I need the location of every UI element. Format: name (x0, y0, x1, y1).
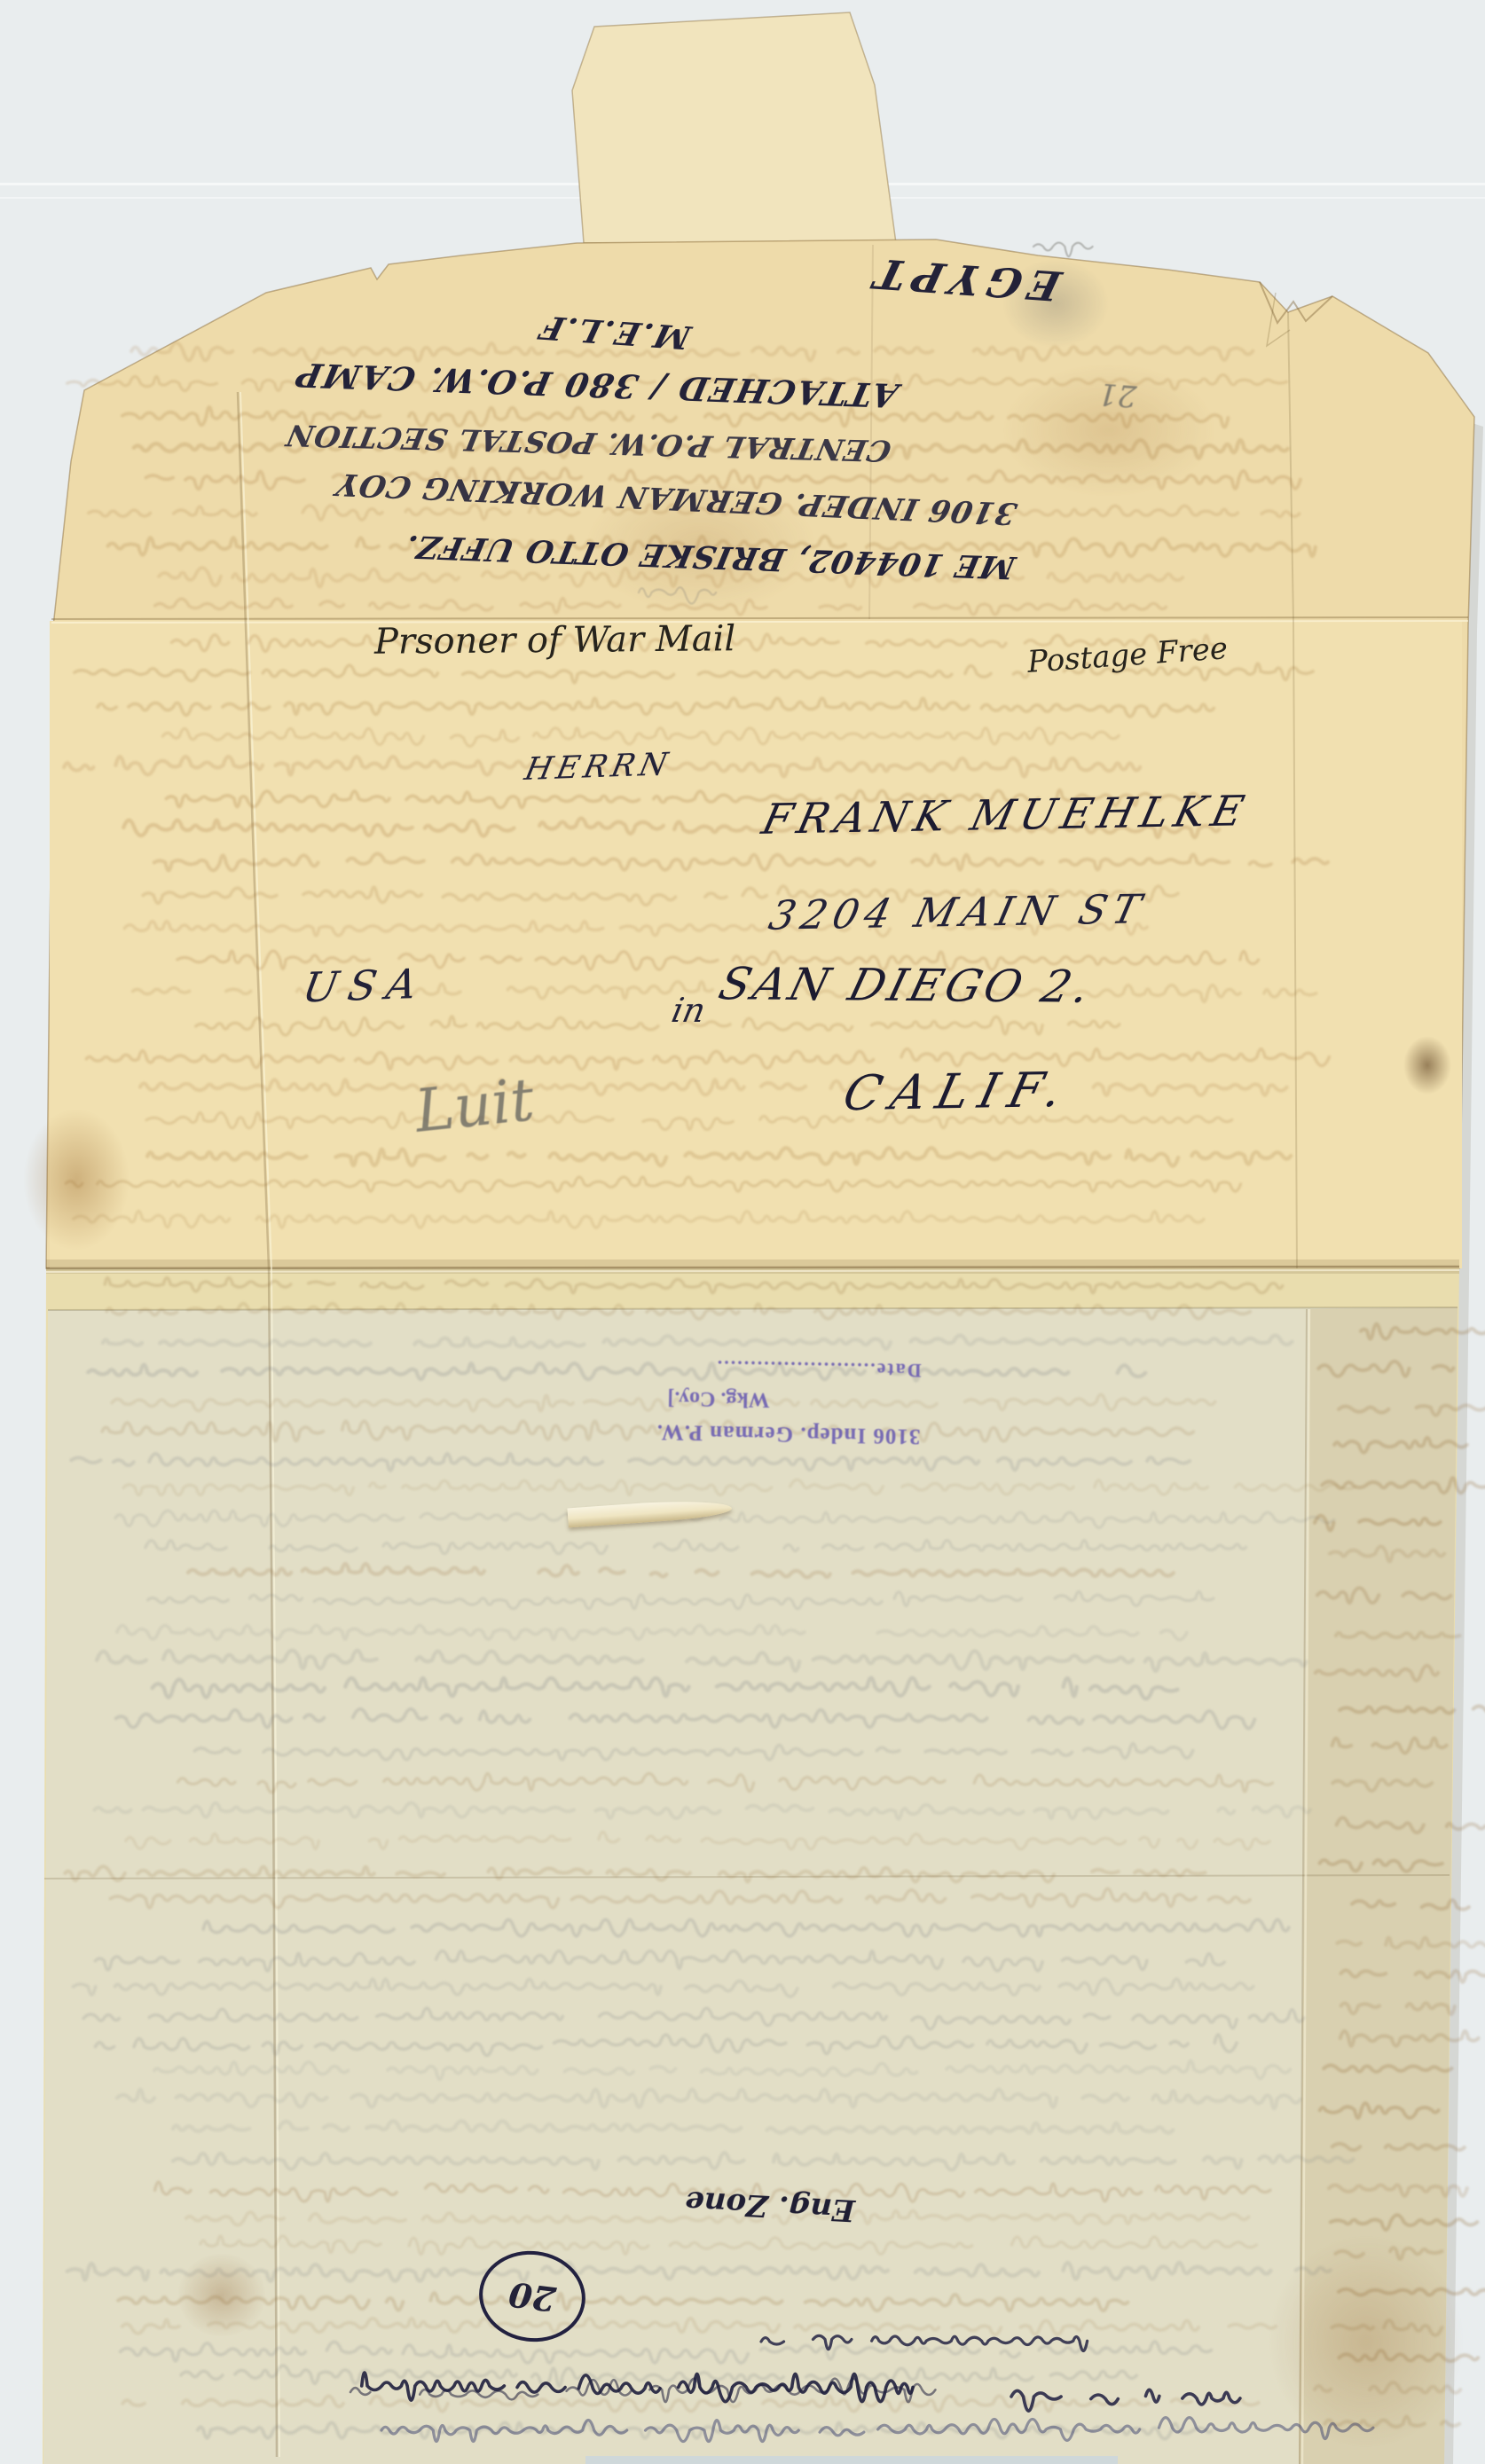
address-country: USA (300, 962, 431, 1008)
verso-zone-label: Eng. Zone (684, 2186, 855, 2225)
address-city: SAN DIEGO 2. (715, 961, 1098, 1009)
sender-line-egypt: EGYPT (860, 253, 1065, 307)
glue-tab (572, 12, 896, 243)
verso-circled-number-value: 20 (507, 2277, 557, 2316)
stain-left-low (177, 2253, 266, 2337)
address-name: FRANK MUEHLKE (758, 790, 1254, 841)
pencil-corner-numeral: 21 (1097, 379, 1138, 412)
pow-mail-label: Prsoner of War Mail (374, 621, 736, 660)
pencil-censor-initial: Luit (412, 1071, 537, 1142)
address-state: CALIF. (839, 1066, 1077, 1118)
address-salutation: HERRN (522, 749, 674, 786)
stain-right-edge-dark (1403, 1036, 1451, 1095)
scanner-gap-bottom (585, 2456, 1118, 2464)
stain-bottom-right (1269, 2235, 1464, 2448)
stain-left-edge (23, 1109, 130, 1251)
address-street: 3204 MAIN ST (766, 889, 1151, 936)
censor-stamp: 3106 Indep. German P.W. Wkg. Coy.] Date.… (515, 1348, 922, 1453)
pow-envelope-scan: EGYPT M.E.L.F ATTACHED / 380 P.O.W. CAMP… (0, 0, 1485, 2464)
paper-artwork (0, 0, 1485, 2464)
censor-stamp-line-unit: 3106 Indep. German P.W. (515, 1411, 921, 1453)
